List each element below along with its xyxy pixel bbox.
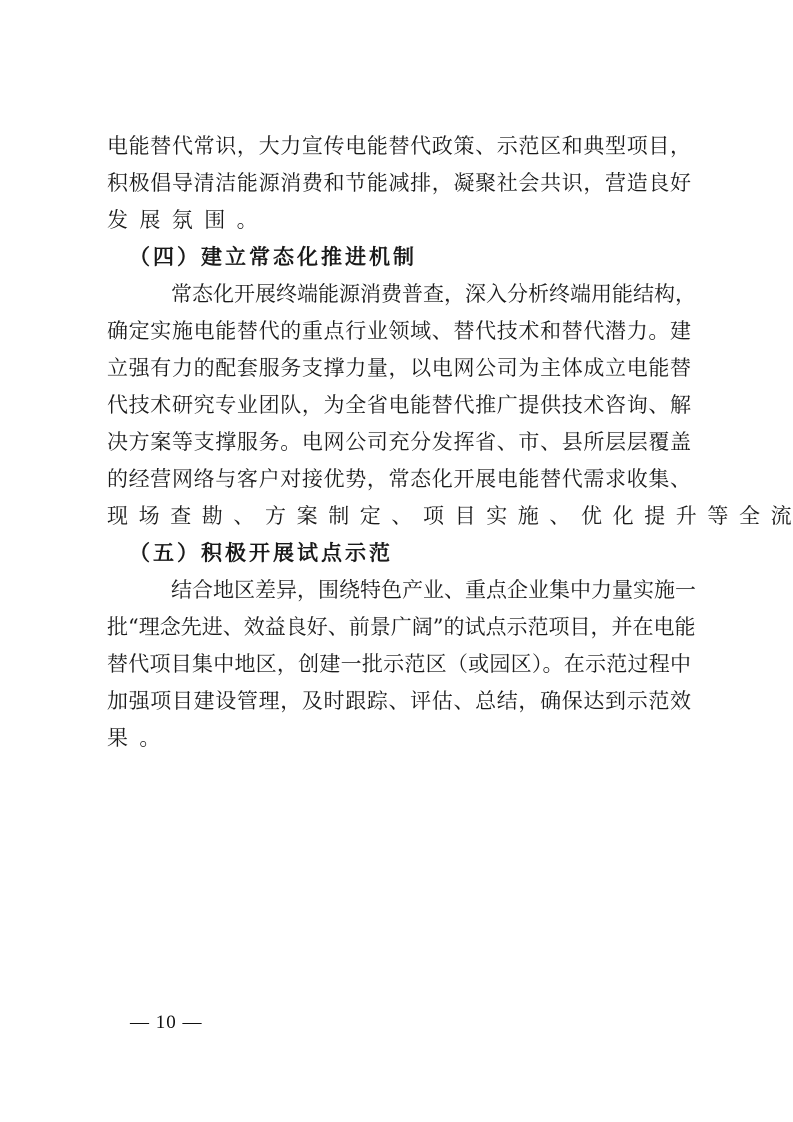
page-number: — 10 — [130,1012,203,1034]
text-line: 决方案等支撑服务。电网公司充分发挥省、市、县所层层覆盖 [107,424,691,461]
section-heading-5: （五）积极开展试点示范 [107,535,691,572]
text-line: 电能替代常识，大力宣传电能替代政策、示范区和典型项目， [107,128,691,165]
text-line: 替代项目集中地区，创建一批示范区（或园区）。在示范过程中 [107,646,691,683]
text-line: 确定实施电能替代的重点行业领域、替代技术和替代潜力。建 [107,313,691,350]
text-line: 常态化开展终端能源消费普查，深入分析终端用能结构， [107,276,691,313]
text-line: 批“理念先进、效益良好、前景广阔”的试点示范项目，并在电能 [107,609,691,646]
section-5-paragraph: 结合地区差异，围绕特色产业、重点企业集中力量实施一 批“理念先进、效益良好、前景… [107,572,691,757]
document-page: 电能替代常识，大力宣传电能替代政策、示范区和典型项目， 积极倡导清洁能源消费和节… [107,128,691,757]
text-line: 现场查勘、方案制定、项目实施、优化提升等全流程服务。 [107,498,691,535]
section-heading-4: （四）建立常态化推进机制 [107,239,691,276]
text-line: 果。 [107,720,691,757]
paragraph-continuation: 电能替代常识，大力宣传电能替代政策、示范区和典型项目， 积极倡导清洁能源消费和节… [107,128,691,239]
text-line: 加强项目建设管理，及时跟踪、评估、总结，确保达到示范效 [107,683,691,720]
text-line: 立强有力的配套服务支撑力量，以电网公司为主体成立电能替 [107,350,691,387]
text-line: 发展氛围。 [107,202,691,239]
text-line: 积极倡导清洁能源消费和节能减排，凝聚社会共识，营造良好 [107,165,691,202]
section-4-paragraph: 常态化开展终端能源消费普查，深入分析终端用能结构， 确定实施电能替代的重点行业领… [107,276,691,535]
text-line: 结合地区差异，围绕特色产业、重点企业集中力量实施一 [107,572,691,609]
text-line: 的经营网络与客户对接优势，常态化开展电能替代需求收集、 [107,461,691,498]
text-line: 代技术研究专业团队，为全省电能替代推广提供技术咨询、解 [107,387,691,424]
